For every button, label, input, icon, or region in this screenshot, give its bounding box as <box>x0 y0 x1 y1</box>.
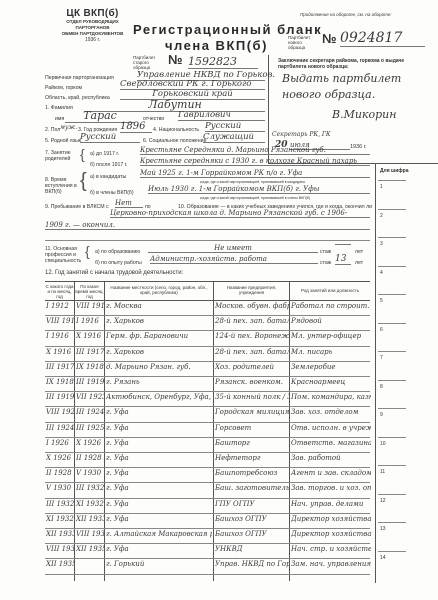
table-cell-enterprise: 35-й конный полк / 35-я кав. бригада <box>215 393 289 401</box>
col-header-to: По какое время месяц, год <box>75 284 104 299</box>
table-cell-position: Рядовой <box>291 317 371 325</box>
table-cell-from: III 1919 <box>46 393 74 401</box>
table-cell-position: Зав. работой <box>291 454 371 462</box>
parents-before-value: Крестьяне Середняки д. Марьино Рязанской… <box>140 146 370 155</box>
table-cell-from: I 1916 <box>46 332 74 340</box>
parents-brace: { <box>80 146 85 162</box>
table-cell-to: V 1930 <box>76 469 104 477</box>
new-card-label: Партбилет нового образца <box>288 35 320 50</box>
form-subtitle: члена ВКП(б) <box>165 38 268 53</box>
table-cell-position: Отв. исполн. в учрежд. <box>291 424 371 432</box>
sex-label: 2. Пол <box>45 127 60 133</box>
table-cell-position: Землеробие <box>291 363 371 371</box>
table-row-line <box>45 574 370 575</box>
table-cell-to: III 1925 <box>76 424 104 432</box>
table-cell-to: III 1917 <box>76 348 104 356</box>
conclusion-text-1: Выдать партбилет <box>282 72 401 85</box>
table-top-border <box>45 281 370 282</box>
table-cell-enterprise: Баш. заготовительная <box>215 484 289 492</box>
table-cell-enterprise: 28-й пех. зап. батальон <box>215 348 289 356</box>
old-card-no-sign: № <box>168 52 183 67</box>
table-row-line <box>45 498 370 499</box>
table-cell-to: II 1928 <box>76 454 104 462</box>
table-cell-enterprise: Башхоз ОГПУ <box>215 530 289 538</box>
table-cell-place: г. Харьков <box>106 348 212 356</box>
table-cell-place: Актюбинск, Оренбург, Уфа, г. Троицк <box>106 393 212 401</box>
cipher-number: 6 <box>380 327 383 333</box>
cipher-line <box>378 237 406 238</box>
table-cell-place: г. Уфа <box>106 500 212 508</box>
table-cell-to: X 1916 <box>76 332 104 340</box>
table-cell-enterprise: Горсовет <box>215 424 289 432</box>
cipher-line <box>378 323 406 324</box>
table-cell-to: III 1924 <box>76 408 104 416</box>
join-member-note: когда, где и какой парторганизацией, при… <box>200 196 310 200</box>
join-candidate-label: а) в кандидаты <box>90 174 126 180</box>
cipher-line <box>378 437 406 438</box>
table-cell-position: Агент и зав. складом <box>291 469 371 477</box>
cipher-number: 12 <box>380 498 386 504</box>
table-cell-position: Зав. хоз. отделом <box>291 408 371 416</box>
table-cell-to: III 1932 <box>76 484 104 492</box>
specialty-edu-stazh-label: стаж <box>320 249 331 255</box>
table-cell-enterprise: ГПУ ОГПУ <box>215 500 289 508</box>
table-cell-enterprise: Хоз. родителей <box>215 363 289 371</box>
col-header-enterprise: Название предприятия, учреждения <box>214 285 289 295</box>
table-cell-position: Пом. командира, казначей <box>291 393 371 401</box>
patronymic-value: Гаврилович <box>178 110 265 121</box>
table-cell-to: IX 1918 <box>76 363 104 371</box>
komsomol-value: Нет <box>115 199 143 208</box>
education-value: Церковно-приходская школа д. Марьино Ряз… <box>110 209 370 218</box>
table-cell-from: I 1926 <box>46 439 74 447</box>
cipher-number: 2 <box>380 213 383 219</box>
table-row-line <box>45 437 370 438</box>
table-cell-position: Мл. унтер-офицер <box>291 332 371 340</box>
old-card-number: 1592823 <box>188 55 258 69</box>
table-cell-place: д. Марьино Рязан. губ. <box>106 363 212 371</box>
cipher-number: 3 <box>380 241 383 247</box>
table-cell-to: VIII 1915 <box>76 302 104 310</box>
table-header-bottom <box>45 300 370 301</box>
cipher-line <box>378 522 406 523</box>
cipher-number: 11 <box>380 469 385 475</box>
table-row-line <box>45 315 370 316</box>
table-cell-place: Герм. фр. Барановичи <box>106 332 212 340</box>
table-cell-position: Ответств. магазина <box>291 439 371 447</box>
table-row-line <box>45 330 370 331</box>
table-cell-enterprise: УНКВД <box>215 545 289 553</box>
table-cell-enterprise: 28-й пех. зап. батальон <box>215 317 289 325</box>
table-cell-enterprise: 124-й пех. Воронежский полк <box>215 332 289 340</box>
cipher-number: 14 <box>380 555 386 561</box>
education-value-2: 1909 г. — окончил. <box>45 221 370 230</box>
cipher-column-label: Для шифра <box>380 168 409 174</box>
raikom-label: Райком, горком <box>45 85 82 91</box>
table-cell-place: г. Москва <box>106 302 212 310</box>
table-cell-from: XII 1933 <box>46 530 74 538</box>
parents-label: 7. Занятие родителей <box>45 150 75 162</box>
specialty-edu-value: Не имеет <box>148 244 318 253</box>
table-row-line <box>45 376 370 377</box>
join-member-value: Июль 1930 г. 1-м Горрайкомом ВКП(б) г. У… <box>148 185 370 194</box>
table-cell-from: I 1912 <box>46 302 74 310</box>
cipher-number: 8 <box>380 384 383 390</box>
secretary-label: Секретарь РК, ГК <box>272 131 331 138</box>
table-row-line <box>45 361 370 362</box>
new-card-number: 0924817 <box>340 30 425 47</box>
join-label: 8. Время вступления в ВКП(б) <box>45 177 80 195</box>
primary-org-label: Первичная парторганизация <box>45 75 114 81</box>
table-cell-place: г. Уфа <box>106 454 212 462</box>
table-cell-from: XI 1932 <box>46 515 74 523</box>
table-row-line <box>45 422 370 423</box>
conclusion-label: Заключение секретаря райкома, горкома о … <box>278 58 428 70</box>
parents-before-label: а) до 1917 г. <box>90 151 119 157</box>
table-cell-position: Мл. писарь <box>291 348 371 356</box>
top-note: Продолжение на обороте, см. на обороте: <box>300 12 392 17</box>
cipher-line <box>378 266 406 267</box>
table-col-divider-3 <box>213 281 214 581</box>
work-history-label: 12. Год занятий с начала трудовой деятел… <box>45 270 183 276</box>
table-cell-place: г. Уфа <box>106 545 212 553</box>
specialty-brace: { <box>85 243 90 259</box>
table-cell-place: г. Уфа <box>106 408 212 416</box>
specialty-work-label: б) по опыту работы <box>95 260 142 266</box>
table-row-line <box>45 467 370 468</box>
specialty-work-stazh-label: стаж <box>320 260 331 266</box>
cipher-line <box>378 551 406 552</box>
table-col-divider-4 <box>289 281 290 581</box>
table-cell-enterprise: Башпотребсоюз <box>215 469 289 477</box>
sex-value: муж. <box>60 124 77 131</box>
old-card-label: Партбилет старого образца <box>133 55 165 70</box>
table-cell-enterprise: Нефтеторг <box>215 454 289 462</box>
table-cell-place: г. Уфа <box>106 469 212 477</box>
cipher-number: 5 <box>380 298 383 304</box>
table-cell-enterprise: Башхоз ОГПУ <box>215 515 289 523</box>
table-cell-from: X 1926 <box>46 454 74 462</box>
native-lang-label: 5. Родной язык <box>45 138 81 144</box>
table-cell-position: Директор хозяйства <box>291 530 371 538</box>
specialty-work-value: Администр.-хозяйств. работа <box>150 255 318 264</box>
table-row-line <box>45 391 370 392</box>
cipher-number: 4 <box>380 270 383 276</box>
specialty-edu-stazh-value <box>335 244 351 245</box>
cipher-line <box>378 408 406 409</box>
table-cell-position: Работал по строит. делам <box>291 302 371 310</box>
table-cell-place: г. Уфа <box>106 439 212 447</box>
table-cell-position: Зам. нач. управления, отдела стр. и хоз.… <box>291 560 371 568</box>
table-col-divider-1 <box>74 281 75 581</box>
nationality-label: 4. Национальность <box>153 127 199 133</box>
table-cell-from: III 1932 <box>46 500 74 508</box>
specialty-label: 11. Основная профессия и специальность <box>45 246 83 264</box>
cipher-number: 9 <box>380 412 383 418</box>
table-col-divider-2 <box>104 281 105 581</box>
specialty-edu-years-suffix: лет <box>355 249 363 255</box>
new-card-no-sign: № <box>322 31 337 46</box>
table-cell-from: V 1930 <box>46 484 74 492</box>
table-cell-enterprise: Москов. обувн. фабрика Якобсон <box>215 302 289 310</box>
table-cell-place: г. Алтайская Макаровская р-на Баш. АССР <box>106 530 212 538</box>
org-year: 1936 г. <box>40 37 145 43</box>
table-cell-to: VIII 1935 <box>76 530 104 538</box>
table-cell-place: г. Уфа <box>106 484 212 492</box>
specialty-work-years-suffix: лет <box>355 260 363 266</box>
conclusion-text-2: нового образца. <box>282 88 375 101</box>
table-cell-enterprise: Управ. НКВД по Горьков. краю <box>215 560 289 568</box>
table-row-line <box>45 528 370 529</box>
col-header-from: С какого года и по месяц, год <box>45 284 74 299</box>
cipher-line <box>378 380 406 381</box>
table-cell-to: III 1919 <box>76 378 104 386</box>
org-line-1: ЦК ВКП(б) <box>40 8 145 19</box>
parents-after-label: б) после 1917 г. <box>90 162 127 168</box>
col-header-place: Название местности (село, город, район, … <box>105 285 213 295</box>
table-cell-from: X 1916 <box>46 348 74 356</box>
specialty-edu-label: а) по образованию <box>95 249 140 255</box>
cipher-line <box>378 180 406 181</box>
table-row-line <box>45 558 370 559</box>
nationality-value: Русский <box>205 121 265 132</box>
col-header-position: Род занятий или должность <box>290 288 370 293</box>
parents-after-value: Крестьяне середняки с 1930 г. в колхозе … <box>140 157 370 166</box>
table-cell-from: III 1924 <box>46 424 74 432</box>
table-cell-to: XI 1932 <box>76 500 104 508</box>
table-cell-enterprise: Башторг <box>215 439 289 447</box>
table-cell-place: г. Рязань <box>106 378 212 386</box>
table-cell-from: VIII 1923 <box>46 408 74 416</box>
table-cell-position: Красноармеец <box>291 378 371 386</box>
education-blank-line <box>45 240 370 241</box>
table-cell-to: I 1916 <box>76 317 104 325</box>
table-cell-position: Директор хозяйства <box>291 515 371 523</box>
join-candidate-value: Май 1925 г. 1-м Горрайкомом РК п/о г. Уф… <box>140 169 370 178</box>
table-cell-from: XII 1935 <box>46 560 74 568</box>
join-candidate-note: когда, где и какой парторганизацией, при… <box>200 180 305 184</box>
table-cell-place: г. Харьков <box>106 317 212 325</box>
table-cell-to: VII 1923 <box>76 393 104 401</box>
cipher-number: 1 <box>380 184 383 190</box>
social-value: Служащий <box>203 132 265 143</box>
cipher-line <box>378 494 406 495</box>
cipher-number: 13 <box>380 526 386 532</box>
table-cell-place: г. Горький <box>106 560 212 568</box>
issuing-organization: ЦК ВКП(б) ОТДЕЛ РУКОВОДЯЩИХ ПАРТОРГАНОВ … <box>40 8 145 43</box>
table-row-line <box>45 346 370 347</box>
table-row-line <box>45 452 370 453</box>
table-cell-position: Нач. управ. делами <box>291 500 371 508</box>
cipher-number: 10 <box>380 441 386 447</box>
cipher-number: 7 <box>380 355 383 361</box>
table-cell-position: Нач. стр. и хозяйств. <box>291 545 371 553</box>
table-cell-to: X 1926 <box>76 439 104 447</box>
table-cell-from: II 1928 <box>46 469 74 477</box>
table-cell-place: г. Уфа <box>106 424 212 432</box>
table-cell-from: III 1917 <box>46 363 74 371</box>
table-cell-enterprise: Городская милиция <box>215 408 289 416</box>
table-row-line <box>45 406 370 407</box>
table-cell-from: VIII 1935 <box>46 545 74 553</box>
komsomol-label: 9. Пребывание в ВЛКСМ с <box>45 204 109 210</box>
table-cell-place: г. Уфа <box>106 515 212 523</box>
join-member-label: б) в члены ВКП(б) <box>90 190 134 196</box>
table-cell-to: XII 1935 <box>76 545 104 553</box>
table-cell-enterprise: Рязанск. военком. <box>215 378 289 386</box>
table-cell-from: IX 1918 <box>46 378 74 386</box>
cipher-column-border <box>375 163 376 583</box>
table-row-line <box>45 513 370 514</box>
table-cell-from: VIII 1915 <box>46 317 74 325</box>
table-row-line <box>45 543 370 544</box>
registration-form: ЦК ВКП(б) ОТДЕЛ РУКОВОДЯЩИХ ПАРТОРГАНОВ … <box>0 0 438 600</box>
cipher-line <box>378 294 406 295</box>
social-label: 6. Социальное положение <box>143 138 206 144</box>
table-cell-position: Зав. торгов. и хоз. отд. <box>291 484 371 492</box>
cipher-line <box>378 465 406 466</box>
cipher-line <box>378 351 406 352</box>
table-cell-to: XII 1933 <box>76 515 104 523</box>
cipher-line <box>378 209 406 210</box>
name-label: имя <box>55 116 64 122</box>
join-brace: { <box>80 170 87 193</box>
secretary-signature: В.Микорин <box>332 108 397 121</box>
specialty-work-stazh-value: 13 <box>335 254 351 265</box>
native-lang-value: Русский <box>80 132 140 143</box>
table-row-line <box>45 482 370 483</box>
